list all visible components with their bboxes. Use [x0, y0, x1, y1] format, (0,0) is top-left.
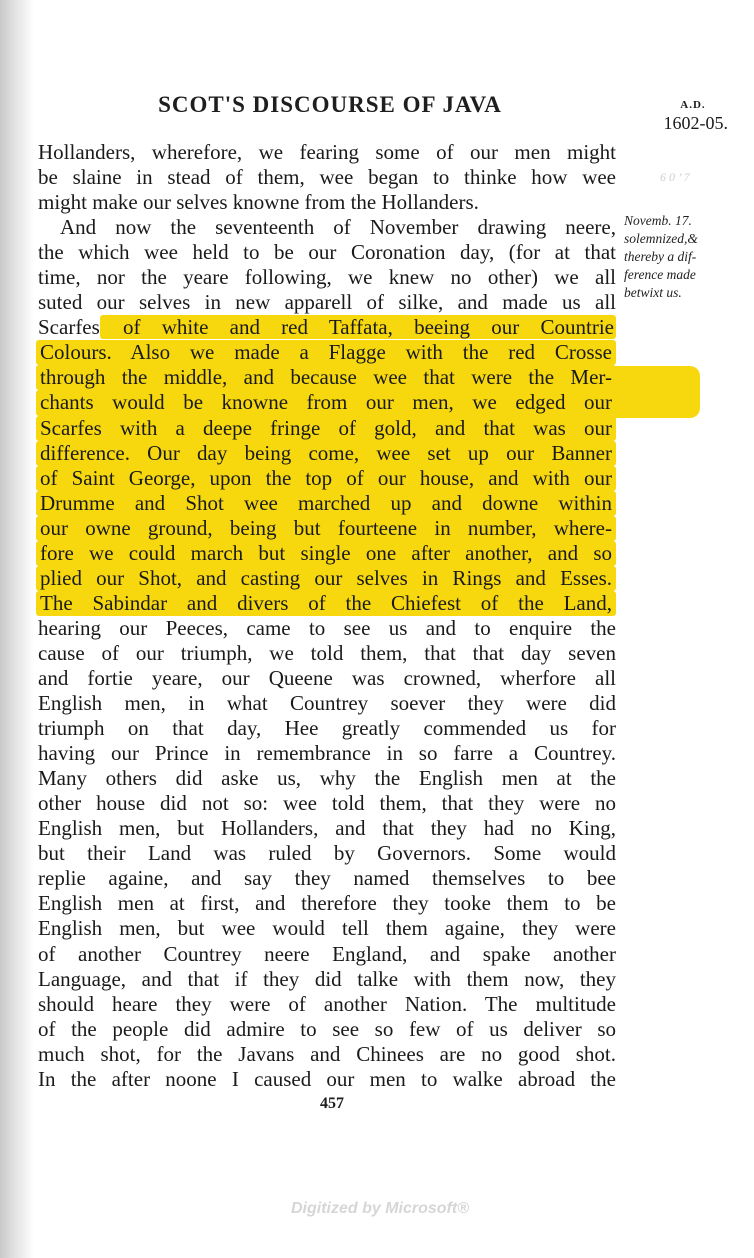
text-highlighted[interactable]: plied our Shot, and casting our selves i… [38, 566, 614, 590]
text-line: be slaine in stead of them, wee began to… [38, 165, 616, 190]
text-plain: be slaine in stead of them, wee began to… [38, 165, 616, 189]
text-plain: much shot, for the Javans and Chinees ar… [38, 1042, 616, 1066]
text-line: but their Land was ruled by Governors. S… [38, 841, 616, 866]
text-plain: but their Land was ruled by Governors. S… [38, 841, 616, 865]
text-plain: having our Prince in remembrance in so f… [38, 741, 616, 765]
text-line: other house did not so: wee told them, t… [38, 791, 616, 816]
margin-note-line: solemnized,& [624, 230, 744, 248]
text-line: hearing our Peeces, came to see us and t… [38, 616, 616, 641]
text-plain: triumph on that day, Hee greatly commend… [38, 716, 616, 740]
text-line: the which wee held to be our Coronation … [38, 240, 616, 265]
text-line: English men at first, and therefore they… [38, 891, 616, 916]
text-line: should heare they were of another Nation… [38, 992, 616, 1017]
text-line: Drumme and Shot wee marched up and downe… [36, 491, 616, 516]
text-plain: and fortie yeare, our Queene was crowned… [38, 666, 616, 690]
body-text: Hollanders, wherefore, we fearing some o… [38, 140, 616, 1092]
text-line: much shot, for the Javans and Chinees ar… [38, 1042, 616, 1067]
text-highlighted[interactable]: of Saint George, upon the top of our hou… [38, 466, 614, 490]
text-line: Language, and that if they did talke wit… [38, 967, 616, 992]
text-line: English men, in what Countrey soever the… [38, 691, 616, 716]
text-highlighted[interactable]: chants would be knowne from our men, we … [38, 390, 614, 414]
faint-handwritten-mark: 6 0 ’ 7 [660, 170, 690, 185]
text-line: In the after noone I caused our men to w… [38, 1067, 616, 1092]
text-line: time, nor the yeare following, we knew n… [38, 265, 616, 290]
text-highlighted[interactable]: Scarfes with a deepe fringe of gold, and… [38, 416, 614, 440]
digitized-watermark: Digitized by Microsoft® [230, 1200, 530, 1218]
text-plain: And now the seventeenth of November draw… [60, 215, 616, 239]
margin-note-line: ference made [624, 266, 744, 284]
text-plain: other house did not so: wee told them, t… [38, 791, 616, 815]
margin-highlight-mark [614, 366, 700, 418]
text-line: might make our selves knowne from the Ho… [38, 190, 616, 215]
text-line: Colours. Also we made a Flagge with the … [36, 340, 616, 365]
text-plain: English men, but Hollanders, and that th… [38, 816, 616, 840]
text-plain: Many others did aske us, why the English… [38, 766, 616, 790]
text-line: and fortie yeare, our Queene was crowned… [38, 666, 616, 691]
year-tag-years: 1602-05. [618, 114, 728, 132]
text-line: replie againe, and say they named themse… [38, 866, 616, 891]
text-plain: English men, but wee would tell them aga… [38, 916, 616, 940]
text-line: English men, but wee would tell them aga… [38, 916, 616, 941]
text-line: Scarfes of white and red Taffata, beeing… [38, 315, 616, 340]
text-plain: of another Countrey neere England, and s… [38, 942, 616, 966]
text-plain: the which wee held to be our Coronation … [38, 240, 616, 264]
text-line: triumph on that day, Hee greatly commend… [38, 716, 616, 741]
margin-note-line: thereby a dif- [624, 248, 744, 266]
text-line: having our Prince in remembrance in so f… [38, 741, 616, 766]
text-plain: should heare they were of another Nation… [38, 992, 616, 1016]
text-line: suted our selves in new apparell of silk… [38, 290, 616, 315]
text-plain: hearing our Peeces, came to see us and t… [38, 616, 616, 640]
text-plain: English men at first, and therefore they… [38, 891, 616, 915]
text-line: English men, but Hollanders, and that th… [38, 816, 616, 841]
text-plain: Hollanders, wherefore, we fearing some o… [38, 140, 616, 164]
text-plain: suted our selves in new apparell of silk… [38, 290, 616, 314]
text-line: of Saint George, upon the top of our hou… [36, 466, 616, 491]
text-plain: Scarfes [38, 315, 100, 339]
text-line: of another Countrey neere England, and s… [38, 942, 616, 967]
text-plain: of the people did admire to see so few o… [38, 1017, 616, 1041]
text-highlighted[interactable]: difference. Our day being come, wee set … [38, 441, 614, 465]
margin-note-line: Novemb. 17. [624, 212, 744, 230]
page-number: 457 [312, 1095, 352, 1113]
text-line: of the people did admire to see so few o… [38, 1017, 616, 1042]
text-line: cause of our triumph, we told them, that… [38, 641, 616, 666]
page-gutter-shadow [0, 0, 34, 1258]
margin-note-line: betwixt us. [624, 284, 744, 302]
text-line: plied our Shot, and casting our selves i… [36, 566, 616, 591]
margin-note: Novemb. 17. solemnized,& thereby a dif- … [624, 212, 744, 302]
text-plain: Language, and that if they did talke wit… [38, 967, 616, 991]
text-highlighted[interactable]: our owne ground, being but fourteene in … [38, 516, 614, 540]
running-head: SCOT'S DISCOURSE OF JAVA [118, 92, 542, 118]
text-line: difference. Our day being come, wee set … [36, 441, 616, 466]
text-line: fore we could march but single one after… [36, 541, 616, 566]
text-plain: English men, in what Countrey soever the… [38, 691, 616, 715]
text-line: The Sabindar and divers of the Chiefest … [36, 591, 616, 616]
text-highlighted[interactable]: The Sabindar and divers of the Chiefest … [38, 591, 614, 615]
text-plain: cause of our triumph, we told them, that… [38, 641, 616, 665]
text-highlighted[interactable]: Drumme and Shot wee marched up and downe… [38, 491, 614, 515]
text-line: through the middle, and because wee that… [36, 365, 616, 390]
text-line: And now the seventeenth of November draw… [38, 215, 616, 240]
text-plain: time, nor the yeare following, we knew n… [38, 265, 616, 289]
year-tag-ad: A.D. [618, 96, 728, 114]
text-line: chants would be knowne from our men, we … [36, 390, 616, 415]
text-plain: In the after noone I caused our men to w… [38, 1067, 616, 1091]
year-tag: A.D. 1602-05. [618, 96, 728, 132]
text-line: Many others did aske us, why the English… [38, 766, 616, 791]
text-line: Scarfes with a deepe fringe of gold, and… [36, 416, 616, 441]
text-highlighted[interactable]: Colours. Also we made a Flagge with the … [38, 340, 614, 364]
text-line: Hollanders, wherefore, we fearing some o… [38, 140, 616, 165]
text-highlighted[interactable]: fore we could march but single one after… [38, 541, 614, 565]
text-plain: might make our selves knowne from the Ho… [38, 190, 479, 214]
text-highlighted[interactable]: of white and red Taffata, beeing our Cou… [100, 315, 616, 339]
text-plain: replie againe, and say they named themse… [38, 866, 616, 890]
text-highlighted[interactable]: through the middle, and because wee that… [38, 365, 614, 389]
text-line: our owne ground, being but fourteene in … [36, 516, 616, 541]
